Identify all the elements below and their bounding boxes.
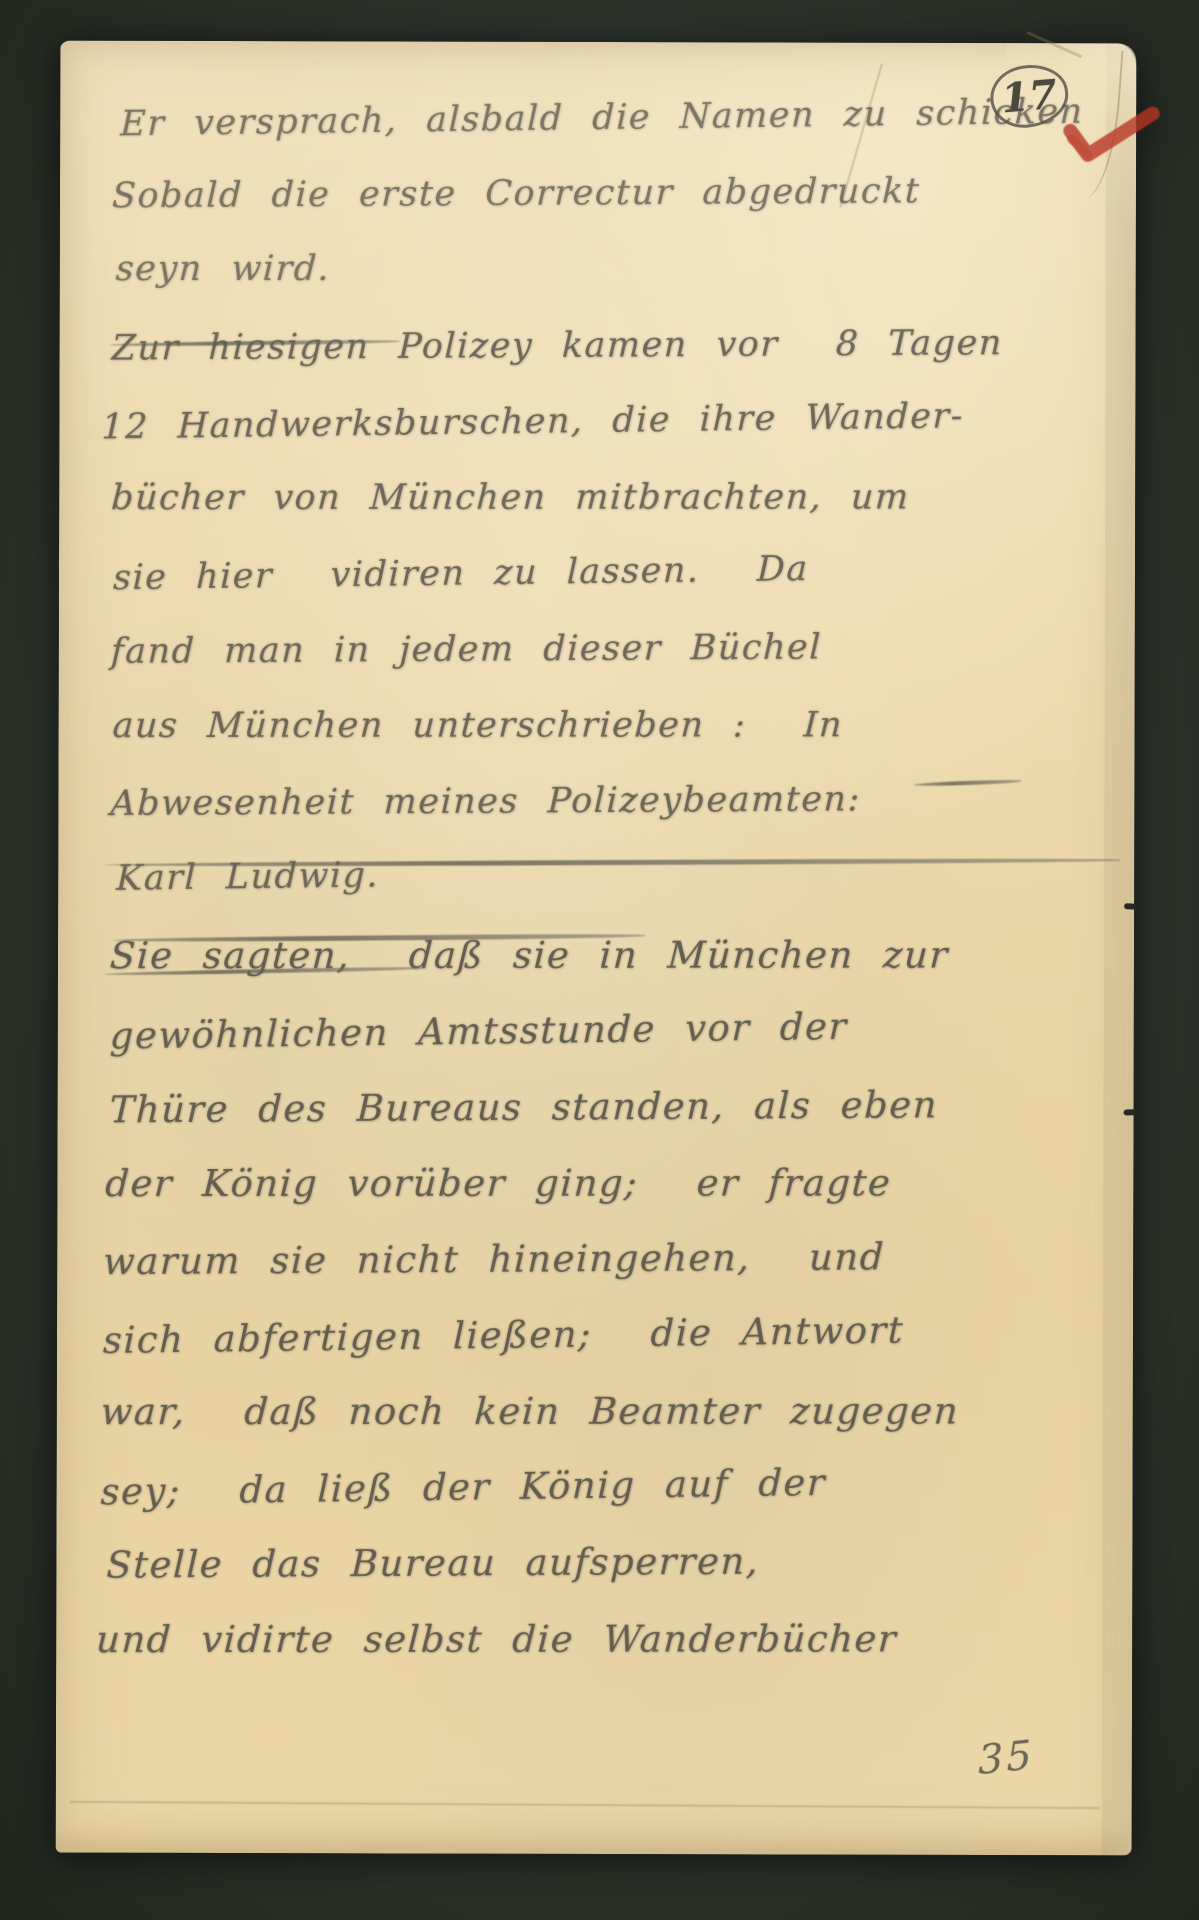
manuscript-line: Stelle das Bureau aufsperren, [106,1540,760,1587]
manuscript-line: war, daß noch kein Beamter zugegen [100,1389,960,1433]
manuscript-line: Zur hiesigen Polizey kamen vor 8 Tagen [111,323,1003,368]
manuscript-line: sie hier vidiren zu lassen. Da [113,549,810,598]
manuscript-text: Er versprach, alsbald die Namen zu schic… [56,41,1137,1856]
manuscript-line: sey; da ließ der König auf der [100,1461,826,1514]
manuscript-line: warum sie nicht hineingehen, und [103,1235,886,1283]
manuscript-line: aus München unterschrieben : In [112,705,845,746]
manuscript-line: Sobald die erste Correctur abgedruckt [111,171,920,216]
manuscript-line: seyn wird. [115,249,332,289]
manuscript-page: 17 Er versprach, alsbald die Namen zu sc… [58,42,1134,1854]
manuscript-line: fand man in jedem dieser Büchel [110,627,822,671]
manuscript-line: bücher von München mitbrachten, um [110,477,911,518]
manuscript-line: Abwesenheit meines Polizeybeamten: [110,779,862,824]
manuscript-line: der König vorüber ging; er fragte [104,1161,892,1205]
sheet-number: 35 [977,1732,1035,1784]
manuscript-line: sich abfertigen ließen; die Antwort [103,1309,905,1363]
manuscript-line: und vidirte selbst die Wanderbücher [95,1617,898,1661]
photo-background: 17 Er versprach, alsbald die Namen zu sc… [0,0,1199,1920]
manuscript-line: 12 Handwerksburschen, die ihre Wander- [101,396,964,447]
manuscript-line: Thüre des Bureaus standen, als eben [109,1083,939,1131]
paper-sheet: 17 Er versprach, alsbald die Namen zu sc… [56,41,1137,1856]
manuscript-line: Er versprach, alsbald die Namen zu schic… [120,92,1084,145]
manuscript-line: gewöhnlichen Amtsstunde vor der [109,1005,848,1058]
